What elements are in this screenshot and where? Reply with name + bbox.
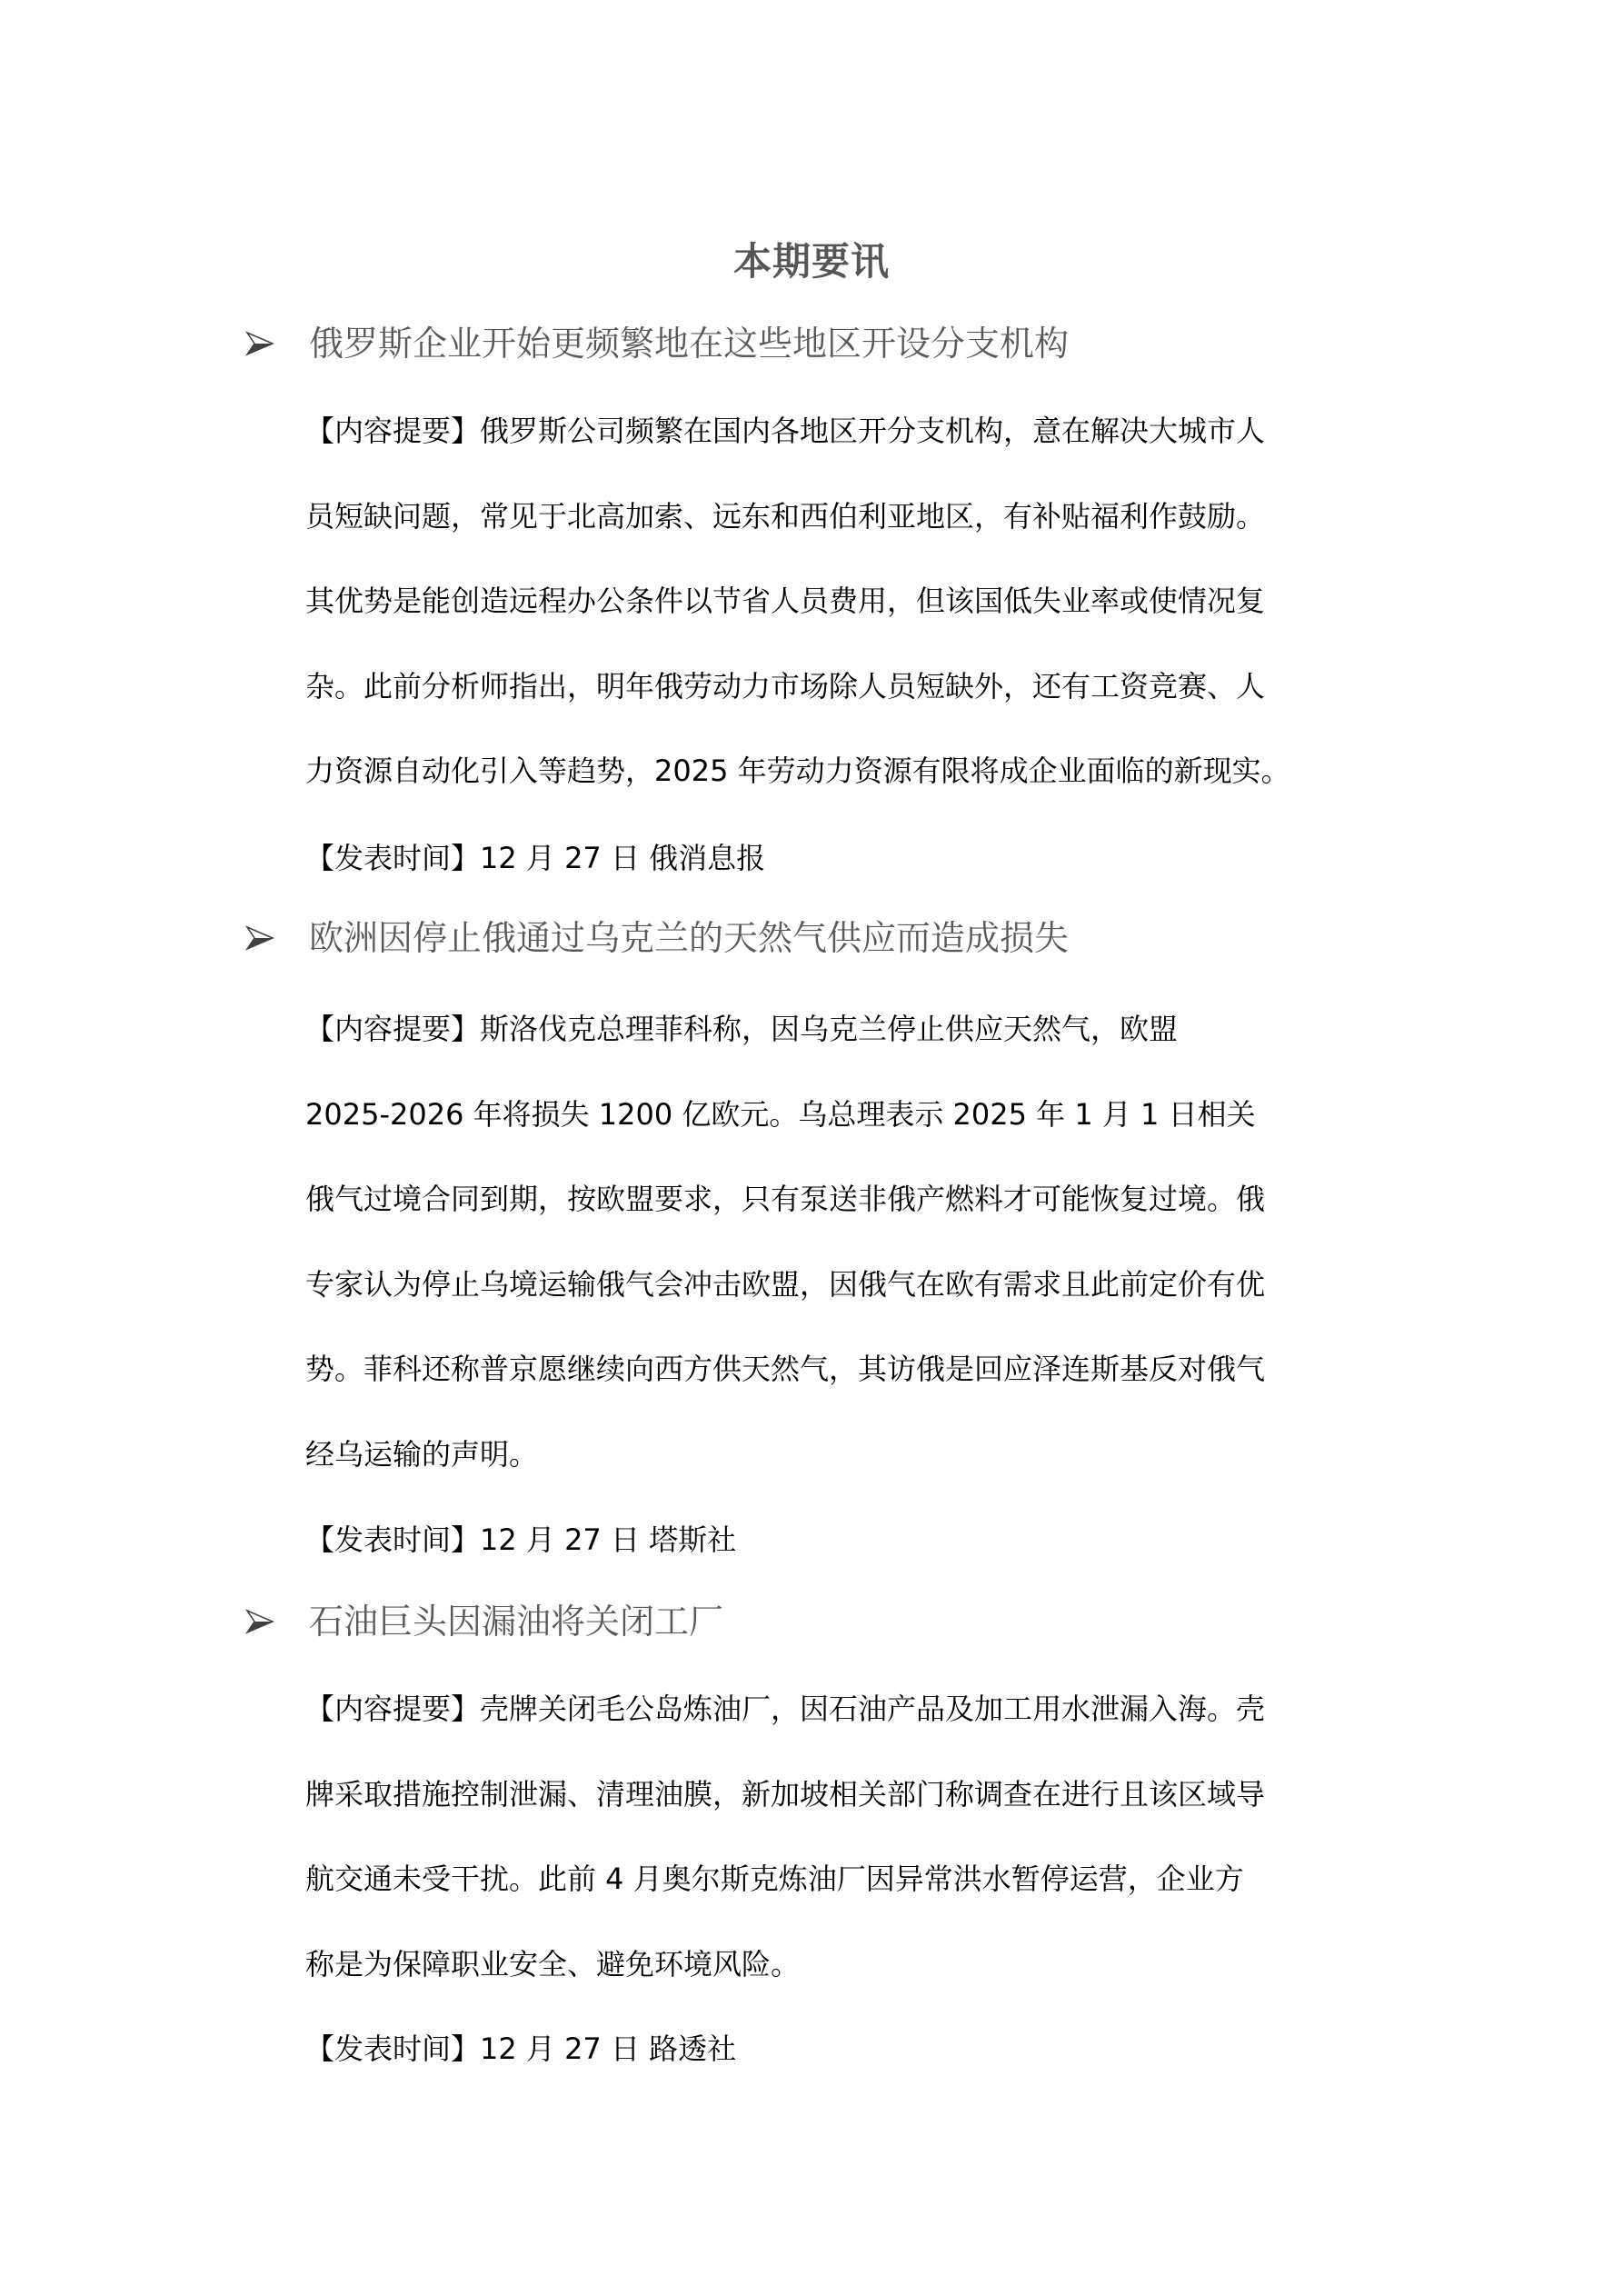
article-heading-1: 俄罗斯企业开始更频繁地在这些地区开设分支机构 — [245, 318, 1069, 369]
arrow-bullet-icon — [245, 1609, 274, 1634]
article-title: 石油巨头因漏油将关闭工厂 — [309, 1596, 723, 1647]
summary-line: 称是为保障职业安全、避免环境风险。 — [305, 1922, 1387, 2008]
article-published-3: 【发表时间】12 月 27 日 路透社 — [305, 2023, 736, 2074]
arrow-bullet-icon — [245, 331, 274, 356]
summary-line: 员短缺问题，常见于北高加索、远东和西伯利亚地区，有补贴福利作鼓励。 — [305, 474, 1387, 560]
summary-line: 【内容提要】俄罗斯公司频繁在国内各地区开分支机构，意在解决大城市人 — [305, 389, 1387, 474]
article-heading-2: 欧洲因停止俄通过乌克兰的天然气供应而造成损失 — [245, 913, 1069, 963]
summary-line: 2025-2026 年将损失 1200 亿欧元。乌总理表示 2025 年 1 月… — [305, 1073, 1387, 1158]
article-title: 俄罗斯企业开始更频繁地在这些地区开设分支机构 — [309, 318, 1069, 369]
page-title: 本期要讯 — [0, 236, 1623, 287]
arrow-bullet-icon — [245, 925, 274, 951]
summary-line: 经乌运输的声明。 — [305, 1413, 1387, 1498]
summary-line: 航交通未受干扰。此前 4 月奥尔斯克炼油厂因异常洪水暂停运营，企业方 — [305, 1837, 1387, 1922]
article-heading-3: 石油巨头因漏油将关闭工厂 — [245, 1596, 723, 1647]
article-title: 欧洲因停止俄通过乌克兰的天然气供应而造成损失 — [309, 913, 1069, 963]
summary-line: 牌采取措施控制泄漏、清理油膜，新加坡相关部门称调查在进行且该区域导 — [305, 1752, 1387, 1838]
summary-line: 俄气过境合同到期，按欧盟要求，只有泵送非俄产燃料才可能恢复过境。俄 — [305, 1157, 1387, 1243]
article-published-1: 【发表时间】12 月 27 日 俄消息报 — [305, 833, 765, 883]
summary-line: 【内容提要】斯洛伐克总理菲科称，因乌克兰停止供应天然气，欧盟 — [305, 987, 1387, 1073]
summary-line: 其优势是能创造远程办公条件以节省人员费用，但该国低失业率或使情况复 — [305, 559, 1387, 644]
article-summary-1: 【内容提要】俄罗斯公司频繁在国内各地区开分支机构，意在解决大城市人 员短缺问题，… — [305, 389, 1387, 814]
summary-line: 专家认为停止乌境运输俄气会冲击欧盟，因俄气在欧有需求且此前定价有优 — [305, 1243, 1387, 1328]
summary-line: 杂。此前分析师指出，明年俄劳动力市场除人员短缺外，还有工资竞赛、人 — [305, 644, 1387, 730]
article-published-2: 【发表时间】12 月 27 日 塔斯社 — [305, 1514, 736, 1565]
summary-line: 【内容提要】壳牌关闭毛公岛炼油厂，因石油产品及加工用水泄漏入海。壳 — [305, 1667, 1387, 1752]
summary-line: 势。菲科还称普京愿继续向西方供天然气，其访俄是回应泽连斯基反对俄气 — [305, 1327, 1387, 1413]
article-summary-3: 【内容提要】壳牌关闭毛公岛炼油厂，因石油产品及加工用水泄漏入海。壳 牌采取措施控… — [305, 1667, 1387, 2007]
summary-line: 力资源自动化引入等趋势，2025 年劳动力资源有限将成企业面临的新现实。 — [305, 729, 1387, 814]
article-summary-2: 【内容提要】斯洛伐克总理菲科称，因乌克兰停止供应天然气，欧盟 2025-2026… — [305, 987, 1387, 1497]
